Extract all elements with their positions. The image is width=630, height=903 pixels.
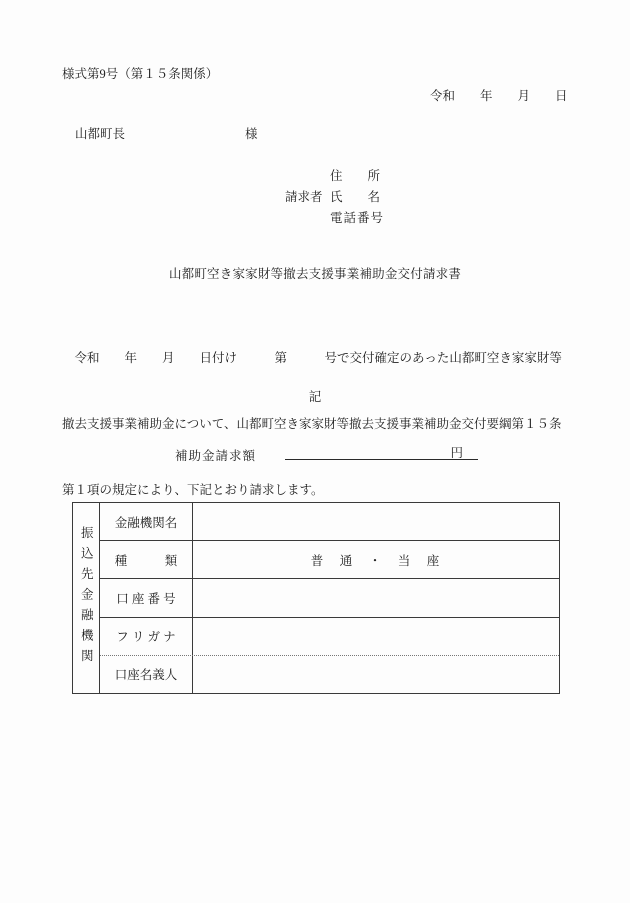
table-row-bank-name: 金融機関名 (100, 503, 559, 541)
bank-table-vertical-header-cell: 振込先金融機関 (73, 503, 100, 693)
amount-unit: 円 (450, 446, 463, 460)
row-label: 金融機関名 (100, 503, 193, 540)
bank-table-vertical-header: 振込先金融機関 (80, 526, 93, 670)
requester-phone-label: 電話番号 (330, 208, 384, 226)
row-value: 普 通 ・ 当 座 (193, 541, 559, 578)
table-row-account-type: 種 類 普 通 ・ 当 座 (100, 541, 559, 579)
row-value (193, 503, 559, 540)
document-title: 山都町空き家家財等撤去支援事業補助金交付請求書 (0, 264, 630, 282)
body-line-1: 令和 年 月 日付け 第 号で交付確定のあった山都町空き家家財等 (62, 347, 574, 369)
body-line-3: 第１項の規定により、下記とおり請求します。 (62, 479, 574, 501)
issue-date-line: 令和 年 月 日 (430, 86, 568, 104)
bank-table-rows: 金融機関名 種 類 普 通 ・ 当 座 口 座 番 号 フ リ ガ ナ 口座名義… (100, 503, 559, 693)
row-label: 口 座 番 号 (100, 579, 193, 616)
requester-name-label: 氏 名 (330, 187, 380, 205)
bank-transfer-table: 振込先金融機関 金融機関名 種 類 普 通 ・ 当 座 口 座 番 号 フ リ … (72, 502, 560, 694)
row-value (193, 618, 559, 655)
row-label: 種 類 (100, 541, 193, 578)
addressee-honorific: 様 (245, 124, 258, 142)
document-page: 様式第9号（第１５条関係） 令和 年 月 日 山都町長 様 請求者 住 所 氏 … (0, 0, 630, 903)
form-number: 様式第9号（第１５条関係） (62, 64, 218, 82)
requester-address-label: 住 所 (330, 166, 380, 184)
body-line-2: 撤去支援事業補助金について、山都町空き家家財等撤去支援事業補助金交付要綱第１５条 (62, 413, 574, 435)
table-row-account-number: 口 座 番 号 (100, 579, 559, 617)
amount-label: 補助金請求額 (175, 446, 256, 464)
amount-fill-in-line: 円 (285, 443, 478, 460)
table-row-furigana: フ リ ガ ナ (100, 618, 559, 656)
row-value (193, 656, 559, 693)
record-mark: 記 (0, 387, 630, 405)
requester-label: 請求者 (285, 187, 323, 205)
table-row-account-holder: 口座名義人 (100, 656, 559, 693)
row-value (193, 579, 559, 616)
row-label: フ リ ガ ナ (100, 618, 193, 655)
row-label: 口座名義人 (100, 656, 193, 693)
addressee-name: 山都町長 (75, 124, 125, 142)
